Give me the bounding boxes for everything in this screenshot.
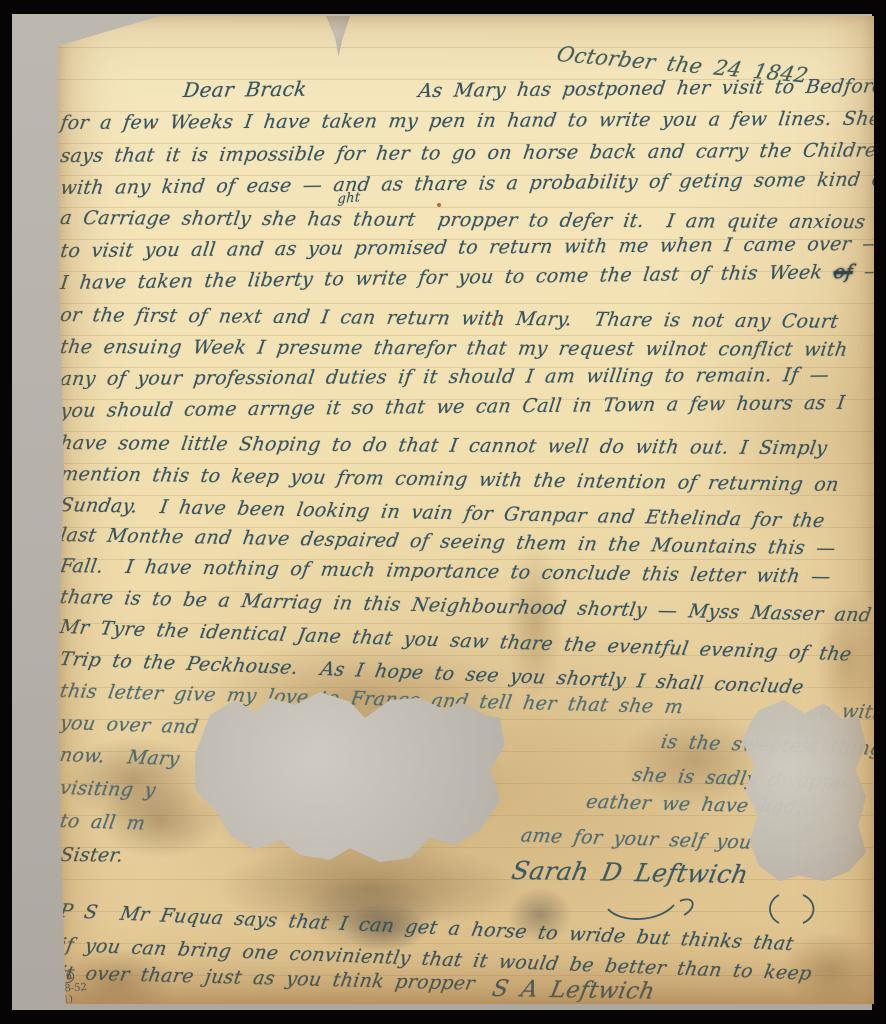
scanned-letter: Octorber the 24 1842 Dear Brack As Mary … xyxy=(0,0,886,1024)
body-line: with any kind of ease — and as thare is … xyxy=(59,169,868,199)
handwriting-layer: Octorber the 24 1842 Dear Brack As Mary … xyxy=(58,16,874,1004)
body-line: any of your professional duties if it sh… xyxy=(59,364,868,390)
body-line: or the first of next and I can return wi… xyxy=(59,304,868,333)
body-line: have some little Shoping to do that I ca… xyxy=(59,432,868,460)
body-line: a Carriage shortly she has thourt proppe… xyxy=(59,207,868,233)
paper-speck xyxy=(437,203,441,207)
body-line: says that it is impossible for her to go… xyxy=(59,139,868,167)
paper-speck xyxy=(492,322,496,326)
body-line: to visit you all and as you promised to … xyxy=(59,233,868,262)
body-line: I have taken the liberty to write for yo… xyxy=(59,261,868,294)
body-line: you should come arrnge it so that we can… xyxy=(59,392,868,422)
letter-paper: Octorber the 24 1842 Dear Brack As Mary … xyxy=(58,16,874,1004)
paper-speck xyxy=(152,125,155,128)
body-line: the ensuing Week I presume tharefor that… xyxy=(59,336,868,361)
ps-flourish xyxy=(763,893,827,925)
inserted-word: ght xyxy=(337,189,378,208)
salutation: Dear Brack xyxy=(182,76,345,102)
ps-signature: S A Leftwich xyxy=(490,976,755,1006)
body-line: As Mary has postponed her visit to Bedfo… xyxy=(417,75,870,102)
signature-flourish xyxy=(600,893,700,925)
body-line: for a few Weeks I have taken my pen in h… xyxy=(59,108,868,134)
body-line: mention this to keep you from coming wit… xyxy=(59,463,868,496)
body-line: Fall. I have nothing of much importance … xyxy=(59,555,868,588)
